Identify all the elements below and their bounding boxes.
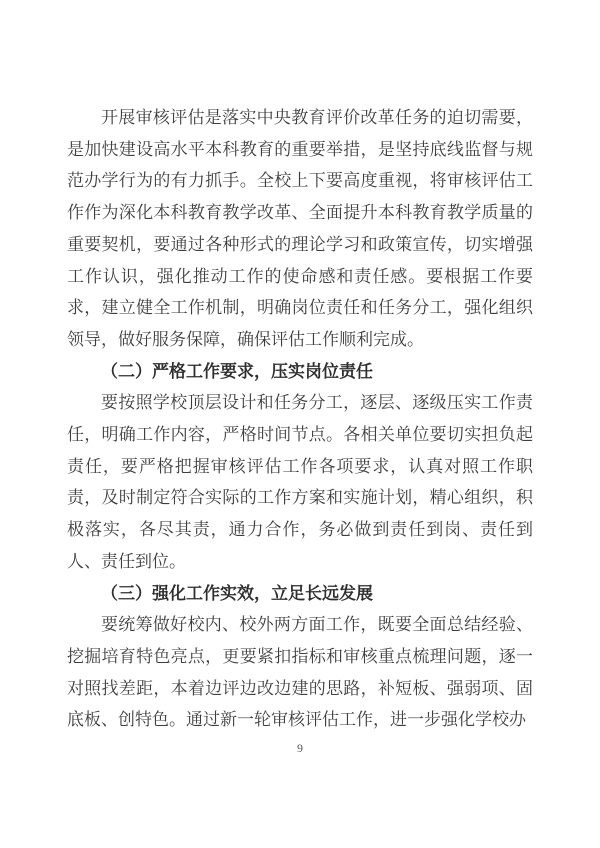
- body-paragraph-3: 要统筹做好校内、校外两方面工作，既要全面总结经验、挖掘培育特色亮点，更要紧扣指标…: [67, 609, 533, 736]
- section-heading-2: （二）严格工作要求，压实岗位责任: [67, 356, 533, 388]
- document-body: 开展审核评估是落实中央教育评价改革任务的迫切需要，是加快建设高水平本科教育的重要…: [67, 102, 533, 736]
- body-paragraph-1: 开展审核评估是落实中央教育评价改革任务的迫切需要，是加快建设高水平本科教育的重要…: [67, 102, 533, 356]
- body-paragraph-2: 要按照学校顶层设计和任务分工，逐层、逐级压实工作责任，明确工作内容，严格时间节点…: [67, 387, 533, 577]
- section-heading-3: （三）强化工作实效，立足长远发展: [67, 578, 533, 610]
- document-page: 开展审核评估是落实中央教育评价改革任务的迫切需要，是加快建设高水平本科教育的重要…: [0, 0, 600, 848]
- page-number: 9: [0, 740, 600, 756]
